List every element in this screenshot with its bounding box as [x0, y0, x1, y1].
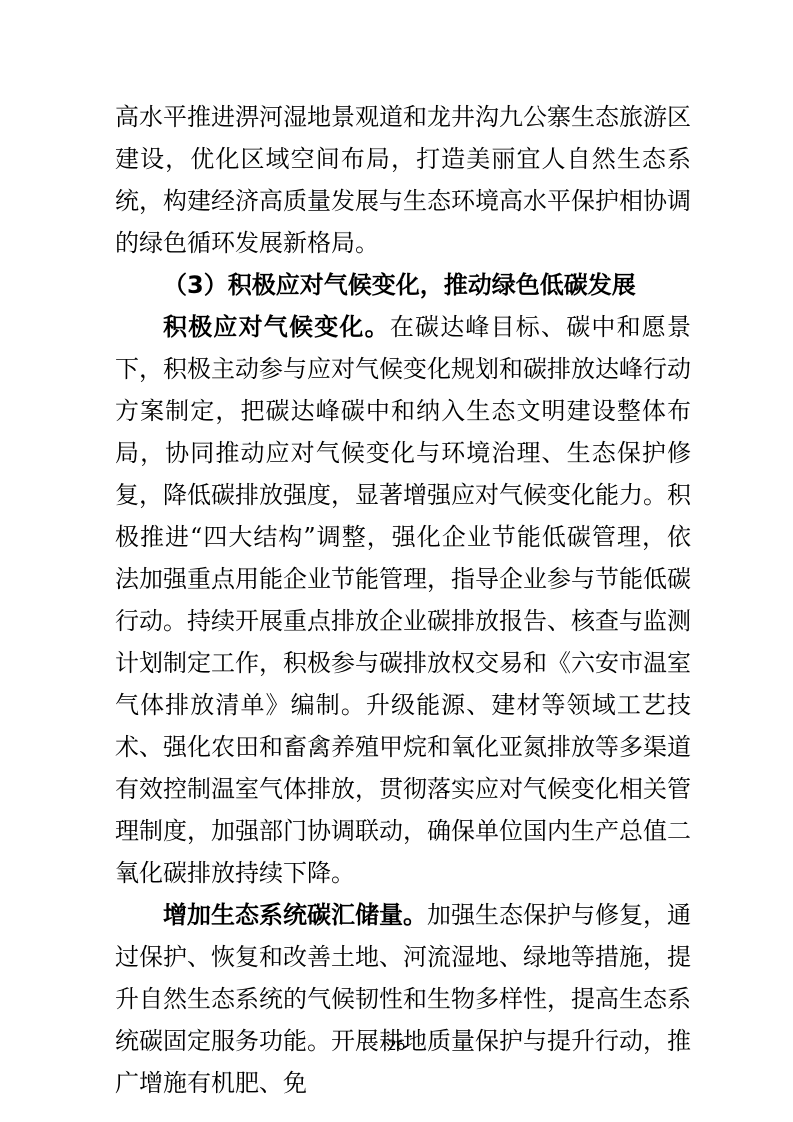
- paragraph-text-carbon-sink: 加强生态保护与修复，通过保护、恢复和改善土地、河流湿地、绿地等措施，提升自然生态…: [115, 901, 691, 1097]
- section-heading-climate-change: （3）积极应对气候变化，推动绿色低碳发展: [115, 264, 691, 306]
- paragraph-lead-carbon-sink: 增加生态系统碳汇储量。: [163, 901, 427, 929]
- page-number: 26: [0, 1037, 793, 1055]
- paragraph-climate-response: 积极应对气候变化。在碳达峰目标、碳中和愿景下，积极主动参与应对气候变化规划和碳排…: [115, 306, 691, 894]
- page-body: 高水平推进淠河湿地景观道和龙井沟九公寨生态旅游区建设，优化区域空间布局，打造美丽…: [115, 96, 691, 1104]
- paragraph-lead-climate-response: 积极应对气候变化。: [163, 313, 390, 341]
- paragraph-carbon-sink: 增加生态系统碳汇储量。加强生态保护与修复，通过保护、恢复和改善土地、河流湿地、绿…: [115, 894, 691, 1104]
- paragraph-text-climate-response: 在碳达峰目标、碳中和愿景下，积极主动参与应对气候变化规划和碳排放达峰行动方案制定…: [115, 313, 691, 887]
- document-page: 高水平推进淠河湿地景观道和龙井沟九公寨生态旅游区建设，优化区域空间布局，打造美丽…: [0, 0, 793, 1122]
- paragraph-eco-pattern-continuation: 高水平推进淠河湿地景观道和龙井沟九公寨生态旅游区建设，优化区域空间布局，打造美丽…: [115, 96, 691, 264]
